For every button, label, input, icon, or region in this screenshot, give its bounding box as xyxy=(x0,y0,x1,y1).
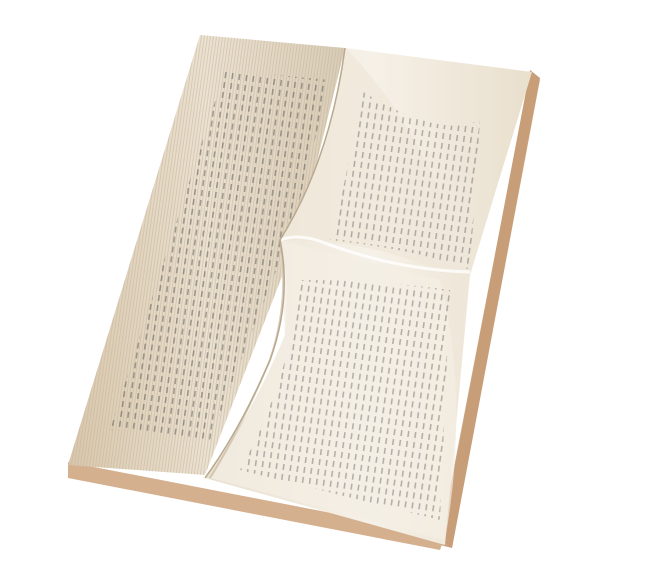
carved-book-photo xyxy=(0,0,651,580)
